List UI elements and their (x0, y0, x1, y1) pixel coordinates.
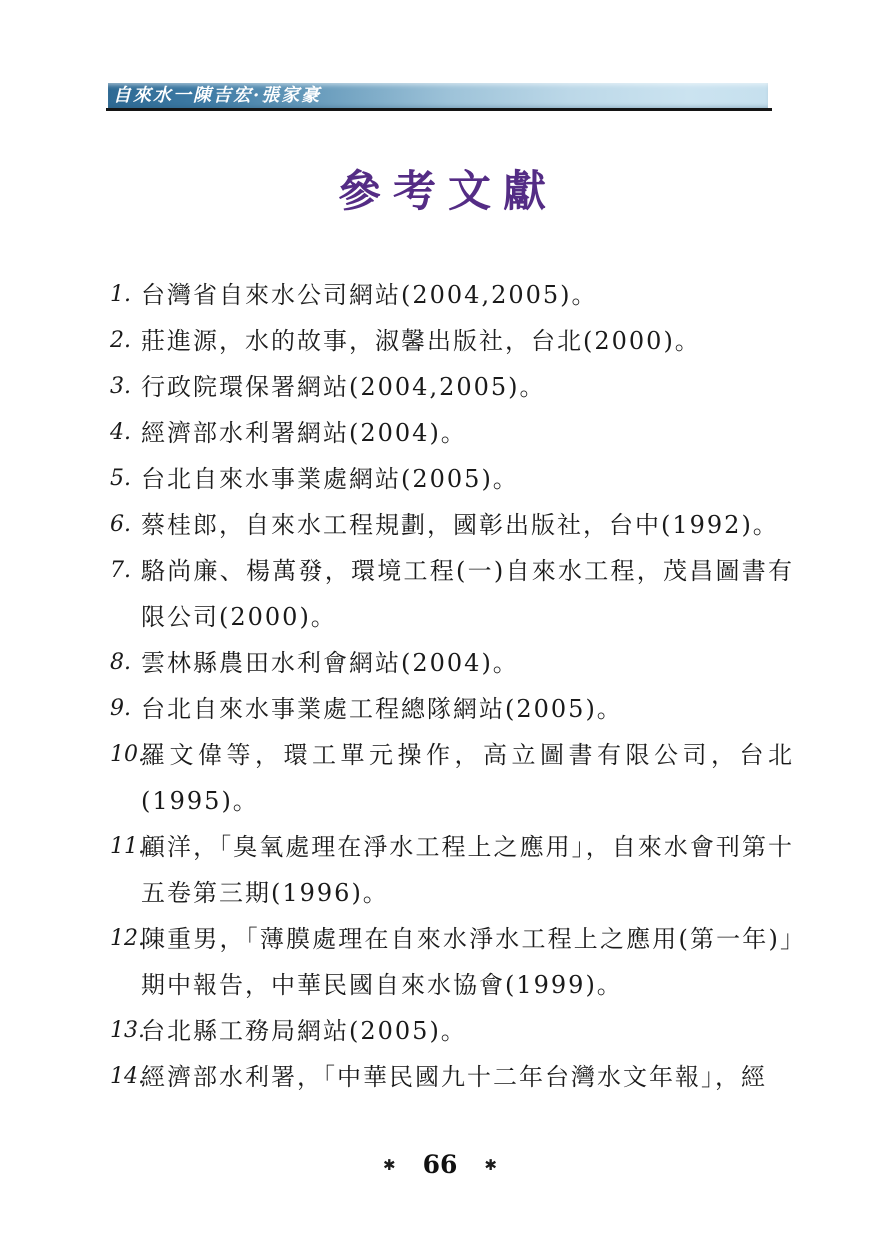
document-page: 自來水一陳吉宏·張家豪 參考文獻 1. 台灣省自來水公司網站(2004,2005… (0, 0, 880, 1240)
reference-text: 台灣省自來水公司網站(2004,2005)。 (141, 281, 598, 309)
references-list: 1. 台灣省自來水公司網站(2004,2005)。 2. 莊進源，水的故事，淑馨… (110, 272, 794, 1100)
reference-text: 經濟部水利署，「中華民國九十二年台灣水文年報」，經 (141, 1063, 767, 1091)
reference-item: 8. 雲林縣農田水利會網站(2004)。 (110, 640, 794, 686)
reference-item: 7. 駱尚廉、楊萬發，環境工程(一)自來水工程，茂昌圖書有限公司(2000)。 (110, 548, 794, 640)
reference-text: 台北縣工務局網站(2005)。 (141, 1017, 467, 1045)
reference-item: 1. 台灣省自來水公司網站(2004,2005)。 (110, 272, 794, 318)
reference-text: 雲林縣農田水利會網站(2004)。 (141, 649, 519, 677)
reference-text: 台北自來水事業處工程總隊網站(2005)。 (141, 695, 623, 723)
reference-item: 10. 羅文偉等，環工單元操作，高立圖書有限公司，台北(1995)。 (110, 732, 794, 824)
reference-text: 陳重男，「薄膜處理在自來水淨水工程上之應用(第一年)」期中報告，中華民國自來水協… (141, 925, 794, 999)
reference-number: 5. (110, 456, 131, 502)
reference-item: 6. 蔡桂郎，自來水工程規劃，國彰出版社，台中(1992)。 (110, 502, 794, 548)
reference-number: 10. (110, 732, 145, 778)
reference-text: 經濟部水利署網站(2004)。 (141, 419, 467, 447)
page-footer: ✱ 66 ✱ (0, 1150, 880, 1179)
reference-number: 8. (110, 640, 131, 686)
reference-number: 11. (110, 824, 145, 870)
reference-text: 台北自來水事業處網站(2005)。 (141, 465, 519, 493)
reference-number: 3. (110, 364, 131, 410)
reference-number: 13. (110, 1008, 145, 1054)
reference-item: 9. 台北自來水事業處工程總隊網站(2005)。 (110, 686, 794, 732)
reference-item: 5. 台北自來水事業處網站(2005)。 (110, 456, 794, 502)
page-title: 參考文獻 (108, 158, 772, 219)
reference-number: 14. (110, 1054, 145, 1100)
asterisk-ornament-right: ✱ (484, 1156, 497, 1174)
reference-number: 4. (110, 410, 131, 456)
reference-item: 3. 行政院環保署網站(2004,2005)。 (110, 364, 794, 410)
header-rule (106, 108, 772, 111)
asterisk-ornament-left: ✱ (383, 1156, 396, 1174)
page-number: 66 (423, 1150, 458, 1179)
reference-number: 12. (110, 916, 145, 962)
reference-number: 7. (110, 548, 131, 594)
reference-number: 1. (110, 272, 131, 318)
reference-number: 2. (110, 318, 131, 364)
reference-text: 蔡桂郎，自來水工程規劃，國彰出版社，台中(1992)。 (141, 511, 779, 539)
reference-text: 顧洋，「臭氧處理在淨水工程上之應用」，自來水會刊第十五卷第三期(1996)。 (141, 833, 794, 907)
reference-item: 4. 經濟部水利署網站(2004)。 (110, 410, 794, 456)
reference-item: 12. 陳重男，「薄膜處理在自來水淨水工程上之應用(第一年)」期中報告，中華民國… (110, 916, 794, 1008)
reference-item: 2. 莊進源，水的故事，淑馨出版社，台北(2000)。 (110, 318, 794, 364)
reference-item: 14. 經濟部水利署，「中華民國九十二年台灣水文年報」，經 (110, 1054, 794, 1100)
reference-text: 羅文偉等，環工單元操作，高立圖書有限公司，台北(1995)。 (141, 741, 794, 815)
page-header-bar: 自來水一陳吉宏·張家豪 (108, 83, 768, 108)
reference-number: 6. (110, 502, 131, 548)
reference-item: 11. 顧洋，「臭氧處理在淨水工程上之應用」，自來水會刊第十五卷第三期(1996… (110, 824, 794, 916)
reference-text: 駱尚廉、楊萬發，環境工程(一)自來水工程，茂昌圖書有限公司(2000)。 (141, 557, 794, 631)
reference-text: 行政院環保署網站(2004,2005)。 (141, 373, 546, 401)
reference-number: 9. (110, 686, 131, 732)
reference-item: 13. 台北縣工務局網站(2005)。 (110, 1008, 794, 1054)
reference-text: 莊進源，水的故事，淑馨出版社，台北(2000)。 (141, 327, 701, 355)
running-header-title: 自來水一陳吉宏·張家豪 (113, 83, 321, 108)
